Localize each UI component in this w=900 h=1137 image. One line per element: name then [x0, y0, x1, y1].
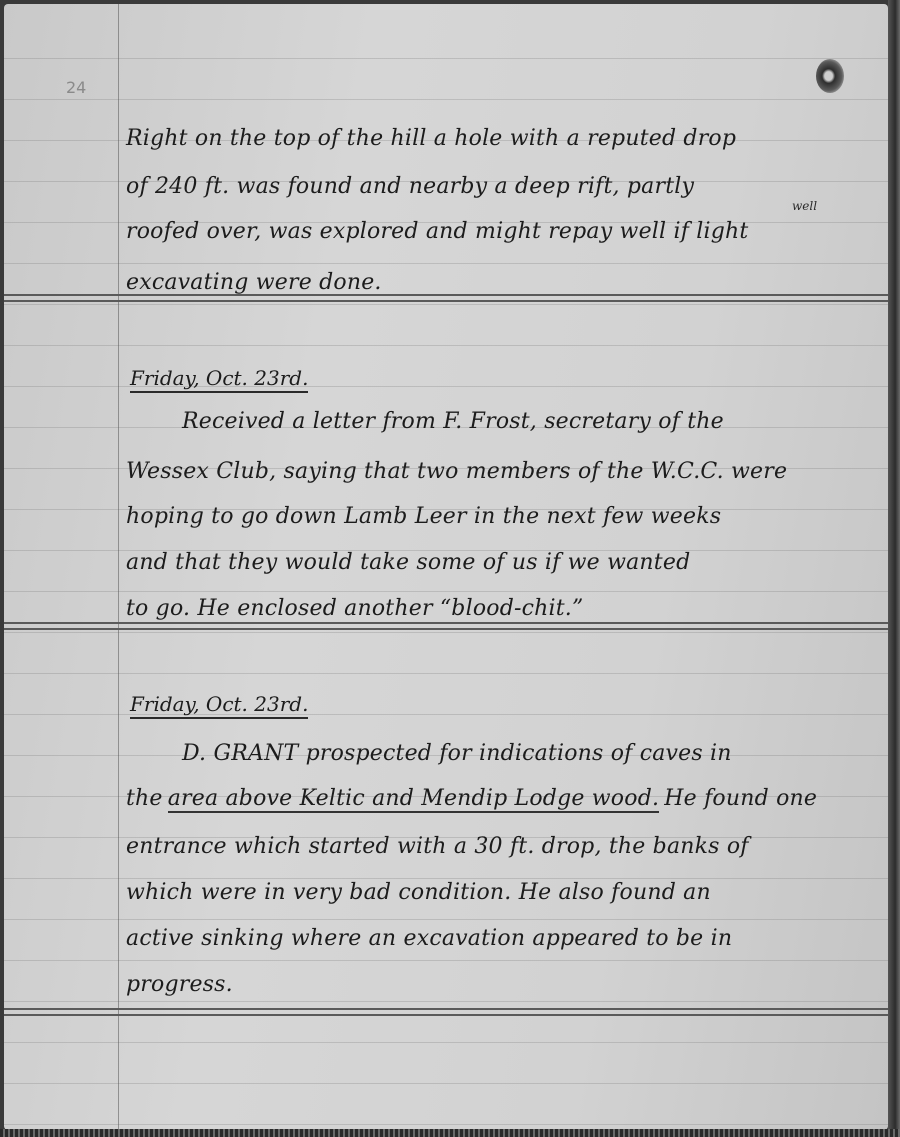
- insertion-mark: well: [792, 199, 817, 213]
- entry-date: Friday, Oct. 23rd.: [130, 366, 308, 393]
- binding-edge: [888, 0, 900, 1137]
- text-line: of 240 ft. was found and nearby a deep r…: [126, 174, 694, 199]
- text-line: roofed over, was explored and might repa…: [126, 219, 748, 244]
- text-line: Wessex Club, saying that two members of …: [126, 459, 787, 484]
- section-divider: [4, 294, 888, 302]
- text-line: the area above Keltic and Mendip Lodge w…: [126, 786, 817, 811]
- punch-hole: [816, 59, 844, 93]
- section-divider: [4, 622, 888, 630]
- notebook-page: 24 Right on the top of the hill a hole w…: [4, 4, 888, 1130]
- text-line: D. GRANT prospected for indications of c…: [182, 741, 732, 766]
- text-line: Received a letter from F. Frost, secreta…: [182, 409, 724, 434]
- page-number: 24: [66, 78, 86, 97]
- text-line: entrance which started with a 30 ft. dro…: [126, 834, 749, 859]
- text-line: progress.: [126, 972, 233, 997]
- text-line: hoping to go down Lamb Leer in the next …: [126, 504, 721, 529]
- text-line: to go. He enclosed another “blood-chit.”: [126, 596, 583, 621]
- text-line: active sinking where an excavation appea…: [126, 926, 732, 951]
- page-stack-edge: [0, 1129, 900, 1137]
- underlined-phrase: area above Keltic and Mendip Lodge wood.: [168, 786, 659, 813]
- section-divider: [4, 1008, 888, 1016]
- entry-date: Friday, Oct. 23rd.: [130, 692, 308, 719]
- text-line: excavating were done.: [126, 270, 382, 295]
- text-line: and that they would take some of us if w…: [126, 550, 690, 575]
- text-line: Right on the top of the hill a hole with…: [126, 126, 736, 151]
- text-line: which were in very bad condition. He als…: [126, 880, 711, 905]
- margin-line: [118, 4, 119, 1130]
